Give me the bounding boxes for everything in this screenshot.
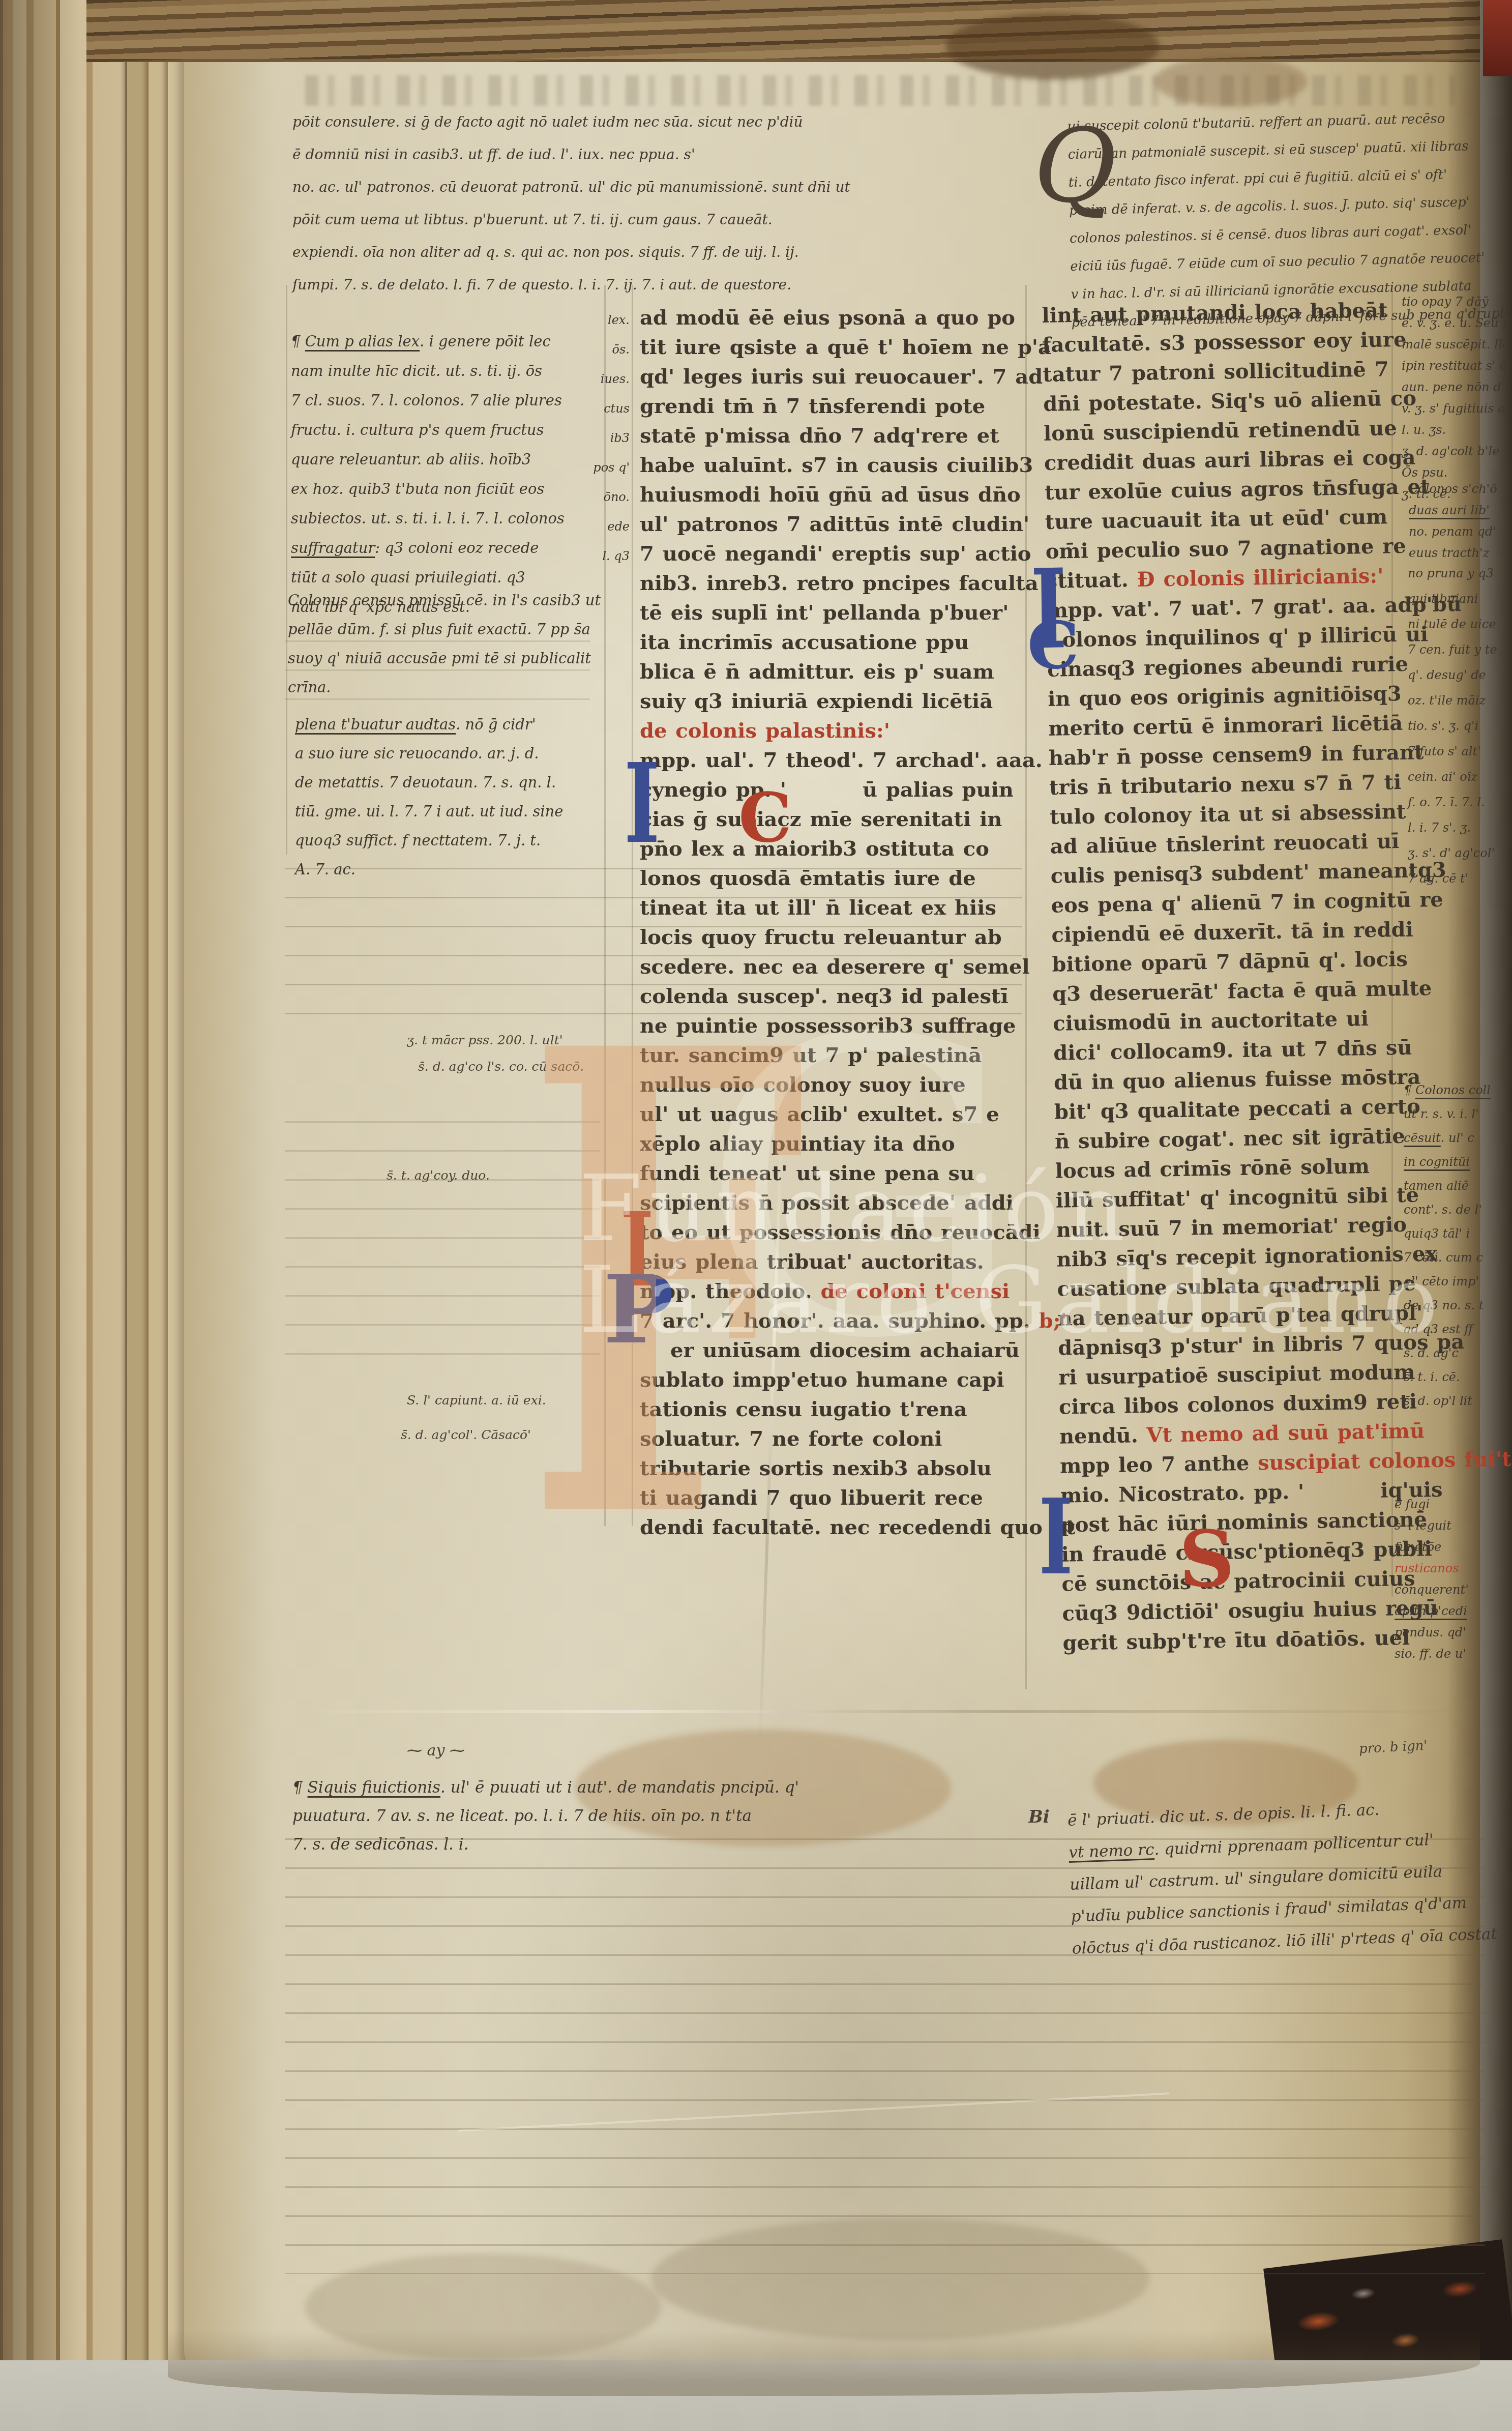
text-segment: mpp. vat'. 7 uat'. 7 grat'. aa. adp'bū [1046,592,1462,623]
horizontal-fold [285,1710,1485,1713]
gloss-fragment-column: lex.ōs.iues.ctusib3pos q'ōno.edel. q3 [574,305,630,571]
text-segment: ʒ. d. ag'colt b'le [1402,444,1499,458]
text-segment: in cognitūi [1404,1155,1470,1169]
text-line: A. 7. ac. [295,855,631,884]
text-segment: cias ḡ subiacz mīe serenitati in [640,807,1002,831]
text-segment: expiendi. oīa non aliter ad q. s. qui ac… [292,244,799,260]
text-segment: ¶ [291,333,305,350]
text-line: ul' patronos 7 adittūs intē cludin' [640,510,1026,539]
text-line: 7 futo s' alt' [1408,739,1509,764]
text-segment: tē eis suplī int' pellanda p'buer' [640,601,1009,625]
text-segment: ipin restituat s' ēl' [1402,359,1512,373]
text-line: ōs. [574,335,630,364]
text-line: pōit consulere. si ḡ de facto agit nō ua… [292,106,811,138]
text-line: s' i leguit [1395,1515,1509,1536]
text-line: blica ē n̄ admittur. eis p' suam [640,657,1026,687]
text-line: ¶ Colonos coll [1404,1078,1510,1102]
text-segment: A. 7. ac. [295,861,355,878]
text-segment: tio. s'. ʒ. q'i [1408,719,1478,733]
text-segment: rusticanos [1395,1561,1459,1575]
text-segment: Colonos coll [1415,1083,1491,1097]
text-segment: cēsuit [1404,1131,1441,1145]
text-segment: pōit consulere. si ḡ de facto agit nō ua… [292,113,803,130]
text-line: ē fugi [1395,1493,1509,1515]
text-line: pōit cum uema ut libtus. p'buerunt. ut 7… [292,203,811,236]
text-line: q'. desug' de [1408,662,1509,688]
text-line: s̄. d. op'l lit [1404,1389,1510,1413]
text-line: pendus. qd' [1395,1622,1509,1643]
text-segment: eiciū iūs fugaē. 7 eiūde cum oī suo pecu… [1070,250,1485,274]
text-segment: no. ac. ul' patronos. cū deuorat patronū… [292,179,850,195]
text-line: gerit subp't're ītu dōatiōs. uel [1062,1623,1419,1658]
stain-bottom-left [305,2253,661,2360]
text-segment: tiū. gme. ui. l. 7. 7 i aut. ut iud. sin… [295,803,563,820]
bottom-gloss-mark: ⁓ ay ⁓ [407,1742,465,1760]
text-segment: culis penisq3 subdent' maneantq3 [1050,858,1446,888]
text-line: ni tulē de uice [1408,611,1509,637]
text-line: statē p'missa dn̄o 7 adq'rere et [640,421,1026,451]
right-margin-gloss-5: ē fugis' i leguitfunetōerusticanosconque… [1395,1493,1509,1664]
text-segment: s̄. t. i. cē. [1404,1370,1460,1384]
text-segment: iues. [601,372,630,386]
text-line: a suo iure sic reuocando. ar. j. d. [295,739,631,768]
text-segment: sio. ﬀ. de u' [1395,1647,1466,1661]
text-segment: Đ colonis illiricianis:' [1137,564,1384,592]
text-segment: ē domniū nisi in casib3. ut ﬀ. de iud. l… [292,146,695,163]
text-segment: nam inulte hīc dicit. ut. s. ti. ij. ōs [291,362,542,379]
text-segment: quoq3 suffict. f necttatem. 7. j. t. [295,832,541,849]
text-segment: de metattis. 7 deuotaun. 7. s. qn. l. [295,774,556,791]
text-line: 7. s. de sedicōnas. l. i. [292,1830,1065,1859]
text-segment: Siquis fiuictionis [308,1778,440,1797]
text-segment: ui suscepit colonū t'butariū. reffert an… [1067,111,1445,134]
text-segment: mpp. ual'. 7 theod'. 7 archad'. aaa. [640,748,1043,772]
text-segment: olonos inquilinos q' p illiricū ui [1062,622,1428,652]
right-margin-gloss-1: tio opay 7 dāȳē. v. ʒ. e. u. Seū p'malē … [1402,291,1511,505]
text-line: tio opay 7 dāȳ [1402,291,1511,312]
text-segment: eos pena q' alienū 7 in cognitū re [1051,888,1443,918]
text-segment: suiy q3 iniuriā expiendi licētiā [640,689,993,713]
text-line: crīna. [288,673,634,702]
text-line: no. ac. ul' patronos. cū deuorat patronū… [292,171,811,203]
text-segment: mio. Nicostrato. pp. ' [1060,1480,1305,1508]
manuscript-photo: { "artifact": { "kind_label": "illuminat… [0,0,1512,2431]
text-segment: ē fugi [1395,1497,1430,1511]
text-line: Colonus census pmissū cē. in l's casib3 … [288,586,634,615]
text-segment: . ul' c [1441,1131,1474,1145]
text-line: ʒ. d. ag'colt b'le [1402,441,1511,462]
text-line: no. penam qd' [1409,521,1510,542]
text-segment: s̄. d. op'l lit [1404,1394,1472,1408]
text-line: funetōe [1395,1536,1509,1558]
text-segment: habe ualuīnt. s7 in causis ciuilib3 [640,453,1033,477]
text-line: duas auri lib' [1409,500,1510,521]
stain-top-right [1154,56,1307,107]
text-segment: mpp leo 7 anthe [1060,1451,1258,1478]
text-line: de colonis palastinis:' [640,716,1026,746]
text-segment: . i genere pōit lec [420,333,551,350]
text-segment: bit' q3 qualitate peccati a certo [1054,1095,1420,1124]
text-line: ōno. [574,482,630,512]
text-line: ē. v. ʒ. e. u. Seū p' [1402,312,1511,334]
text-segment: 7 ag. cē t' [1408,871,1468,886]
watermark-text-line1: Fundación [579,1156,1132,1262]
text-segment: hab'r n̄ posse censem9 in furant [1049,740,1424,770]
text-segment: tatur 7 patroni sollicitudinē 7 [1043,357,1389,387]
text-segment: lex. [608,313,630,327]
text-segment: ex hoz. quib3 t'buta non ficiūt eos [291,480,544,497]
text-line: q3 deseruerāt' facta ē quā multe [1052,974,1409,1009]
text-segment: q3 deseruerāt' facta ē quā multe [1052,976,1432,1006]
text-line: ri usurpatioē suscipiut modum [1058,1358,1415,1393]
text-segment: 7 futo s' alt' [1408,744,1481,758]
text-segment: . ul' ē puuati ut i aut'. de mandatis pn… [440,1778,799,1797]
text-line: ib3 [574,423,630,453]
left-margin-note-5: s̄. d. ag'col'. Cāsacō' [401,1427,531,1442]
text-segment: . nō ḡ cidr' [456,716,536,733]
left-gloss-block-3: plena t'buatur audtas. nō ḡ cidr'a suo i… [295,710,631,884]
text-segment: grendi tm̄ n̄ 7 tn̄sferendi pote [640,394,985,418]
text-segment: cē sunctōis ac patrocinii cuius [1061,1567,1415,1596]
text-line: ad modū ēē eius psonā a quo po [640,303,1026,333]
text-segment: qd' leges iuris sui reuocauer'. 7 ad [640,365,1043,389]
text-segment: dn̄i potestate. Siq's uō alienū co [1043,386,1416,416]
text-segment: statē p'missa dn̄o 7 adq'rere et [640,424,999,448]
text-segment: euus tracth'z [1409,546,1489,560]
text-segment: l. u. ʒs. [1402,423,1446,437]
text-segment: vt nemo rc [1069,1840,1154,1862]
text-segment: ede [607,519,630,534]
text-line: cēsuit. ul' c [1404,1126,1510,1150]
initial-I-blue-right-2: I [1039,1496,1073,1579]
text-segment: suffragatur [291,539,375,557]
text-line: 7 ag. cē t' [1408,866,1509,891]
top-page-edges [86,0,1480,62]
text-segment: pellāe dūm. f. si plus fuit exactū. 7 pp… [288,621,590,638]
text-segment: plena t'buatur audtas [295,716,456,733]
text-line: s̄. t. i. cē. [1404,1365,1510,1389]
text-segment: colonos palestinos. si ē censē. duos lib… [1070,222,1471,246]
text-line: mio. Nicostrato. pp. 'iq'uis [1060,1476,1416,1511]
text-line: cont'. s. de l' [1404,1198,1510,1222]
bottom-gloss-right: ē l' priuati. dic ut. s. de opis. li. l.… [1067,1790,1512,1965]
text-segment: in fraudē circūsc'ptionēq3 publi [1061,1537,1432,1566]
text-line: 7 uocē negandi' ereptis sup' actio [640,539,1026,569]
text-line: huiusmodi hoīū gn̄ū ad ūsus dn̄o [640,480,1026,510]
text-segment: de colonis palastinis:' [640,719,890,743]
text-line: nib3. inreb3. retro pncipes faculta [640,569,1026,598]
text-line: bit' q3 qualitate peccati a certo [1054,1092,1411,1127]
text-segment: ē. v. ʒ. e. u. Seū p' [1402,316,1512,330]
text-segment: om̄i peculio suo 7 agnatione re [1045,534,1406,564]
left-gloss-block-2: Colonus census pmissū cē. in l's casib3 … [288,586,634,702]
text-segment: ti. detentato fisco inferat. ppi cui ē f… [1069,167,1447,190]
text-segment: Vt nemo ad suū pat'imū [1146,1419,1425,1447]
text-segment: lonū suscipiendū retinendū ue [1044,416,1397,446]
left-margin-note-4: S. l' capiunt. a. iū exi. [407,1393,546,1408]
text-line: grendi tm̄ n̄ 7 tn̄sferendi pote [640,392,1026,421]
text-segment: ul' patronos 7 adittūs intē cludin' [640,512,1029,536]
text-segment: tulo colonoy ita ut si absessint [1050,800,1406,829]
text-segment: 7. s. de sedicōnas. l. i. [292,1835,469,1854]
text-segment: ita incrimīs accusatione ppu [640,630,969,654]
text-segment: ōs. [612,342,630,357]
text-segment: ¶ [1404,1083,1415,1097]
text-segment: cūq3 9dictiōi' osugiu huius regū [1062,1596,1438,1626]
text-segment: ni tulē de uice [1408,617,1496,631]
text-segment: merito certū ē inmorari licētiā [1048,711,1403,741]
text-segment: aun. pene nōn d't [1402,380,1509,394]
text-segment: tris n̄ tributario nexu s7 n̄ 7 ti [1049,770,1402,800]
text-line: ede [574,512,630,541]
bottom-gloss-left: ¶ Siquis fiuictionis. ul' ē puuati ut i … [292,1773,1065,1859]
text-segment: q'. desug' de [1408,668,1486,682]
text-line: habe ualuīnt. s7 in causis ciuilib3 [640,451,1026,480]
text-line: quiq3 tāl' i [1404,1222,1510,1246]
column-rule-left [286,285,287,855]
text-line: no pruna y q3 [1408,561,1509,586]
text-segment: ad modū ēē eius psonā a quo po [640,306,1015,330]
initial-C-red-left: C [738,792,792,845]
text-segment: post hāc iūri nominis sanctionē [1060,1507,1427,1537]
text-segment: pteim dē inferat. v. s. de agcolis. l. s… [1069,194,1470,218]
text-segment: no pruna y q3 [1408,566,1494,580]
text-line: expiendi. oīa non aliter ad q. s. qui ac… [292,236,811,269]
text-segment: ut r. s. v. i. l' [1404,1107,1479,1121]
text-segment: credidit duas auri libras ei coga [1044,445,1416,475]
text-segment: tamen aliē [1404,1179,1469,1193]
text-segment: dū in quo alienus fuisse mōstra [1054,1065,1421,1094]
right-margin-gloss-4: ¶ Colonos collut r. s. v. i. l'cēsuit. u… [1404,1078,1510,1413]
text-segment: cein. ai' oīz [1408,770,1477,784]
text-line: 7 cen. fuit y te [1408,637,1509,662]
text-segment: oz. t'ile māiz [1408,693,1486,708]
text-segment: fructu. i. cultura p's quem fructus [291,421,544,438]
ink-stain-top [946,13,1160,79]
text-segment: subiectos. ut. s. ti. i. l. i. 7. l. col… [291,510,565,527]
text-segment: quiq3 tāl' i [1404,1226,1470,1241]
text-gap [1305,1498,1381,1499]
text-segment: . quidrni pprenaam pollicentur cul' [1154,1831,1434,1859]
text-segment: ʒ. s'. d' ag'col' [1408,846,1495,860]
text-segment: in quo eos originis agnitiōisq3 [1048,682,1402,711]
text-segment: huiusmodi hoīū gn̄ū ad ūsus dn̄o [640,483,1021,507]
text-segment: circa libos colonos duxim9 reti [1059,1390,1417,1419]
text-segment: funetōe [1395,1540,1441,1554]
text-line: quoq3 suffict. f necttatem. 7. j. t. [295,826,631,855]
text-segment: pos q' [593,460,630,475]
text-segment: lonos quosdā ēmtatis iure de [640,866,976,890]
text-segment: blica ē n̄ admittur. eis p' suam [640,660,994,684]
text-line: oz. t'ile māiz [1408,688,1509,713]
text-line: ē domniū nisi in casib3. ut ﬀ. de iud. l… [292,138,811,171]
text-segment: 7 cen. fuit y te [1408,642,1497,657]
text-line: merito certū ē inmorari licētiā [1048,709,1405,744]
upper-gloss-left: pōit consulere. si ḡ de facto agit nō ua… [292,106,811,301]
text-segment: puuatura. 7 av. s. ne liceat. po. l. i. … [292,1807,752,1825]
text-segment: 7 cl. suos. 7. l. colonos. 7 alie plures [291,392,562,409]
text-segment: ciarū. an patmonialē suscepit. si eū sus… [1068,138,1468,162]
right-margin-gloss-2: Colonos s'ch'ōduas auri lib'no. penam qd… [1409,478,1510,564]
text-segment: lint aut pmutandi loca habeāt [1042,298,1388,328]
text-segment: s' i leguit [1395,1518,1451,1533]
text-segment: ture uacuauit ita ut eūd' cum [1045,505,1387,534]
text-segment: no. penam qd' [1409,524,1496,539]
text-line: in cognitūi [1404,1150,1510,1174]
text-segment: Cum p alias lex [305,333,420,350]
text-line: ʒ. s'. d' ag'col' [1408,840,1509,866]
text-segment: cinasq3 regiones abeundi rurie [1047,652,1408,682]
text-segment: 7 uocē negandi' ereptis sup' actio [640,542,1031,566]
text-segment: facultatē. s3 possessor eoy iure [1042,328,1407,357]
text-segment: ſumpi. 7. s. de delato. l. ﬁ. 7 de quest… [292,276,791,293]
left-margin-note-3: s̄. t. ag'coy. duo. [387,1168,490,1183]
text-line: ipin restituat s' ēl' [1402,355,1511,376]
text-segment: uillam ul' castrum. ul' singulare domici… [1070,1862,1443,1894]
text-segment: n̄ subire cogat'. nec sit igrātie [1055,1124,1406,1154]
text-segment: tio opay 7 dāȳ [1402,295,1489,309]
initial-I-blue-left: I [624,760,660,847]
right-margin-gloss-3: no pruna y q3qui t'buianini tulē de uice… [1408,561,1509,891]
text-segment: ¶ [292,1778,308,1797]
text-line: l. i. 7 s'. ʒ. [1408,815,1509,840]
text-line: puuatura. 7 av. s. ne liceat. po. l. i. … [292,1802,1065,1830]
text-segment: ū palias puin [863,778,1014,802]
text-line: suiy q3 iniuriā expiendi licētiā [640,687,1026,716]
text-line: facultatē. s3 possessor eoy iure [1042,325,1399,360]
text-line: ut r. s. v. i. l' [1404,1102,1510,1126]
text-line: cein. ai' oīz [1408,764,1509,789]
text-segment: Colonus census pmissū cē. in l's casib3 … [288,592,601,609]
text-segment: crīna. [288,679,331,696]
text-line: ſumpi. 7. s. de delato. l. ﬁ. 7 de quest… [292,269,811,301]
text-segment: suoy q' niuiā accusāe pmi tē si publical… [288,650,591,667]
text-line: tit iure qsiste a quē t' hoīem ne p'a [640,333,1026,362]
text-segment: tur exolūe cuius agros tn̄sfuga et [1045,475,1430,505]
text-line: tamen aliē [1404,1174,1510,1198]
text-segment: duas auri lib' [1409,503,1490,517]
text-segment: nendū. [1059,1423,1147,1449]
text-line: tiū. gme. ui. l. 7. 7 i aut. ut iud. sin… [295,797,631,826]
text-line: lonos quosdā ēmtatis iure de [640,864,1026,893]
text-segment: qui t'buiani [1408,592,1478,606]
bottom-gloss-side-mark: Bi [1028,1807,1050,1827]
text-line: plena t'buatur audtas. nō ḡ cidr' [295,710,631,739]
text-segment: dici' collocam9. ita ut 7 dn̄s sū [1053,1036,1412,1065]
text-segment: cont'. s. de l' [1404,1203,1482,1217]
text-line: f. o. 7. ī. 7. l. [1408,789,1509,815]
text-segment: gerit subp't're ītu dōatiōs. uel [1062,1626,1410,1655]
text-line: qui t'buiani [1408,586,1509,611]
text-segment: bitione oparū 7 dāpnū q'. locis [1052,947,1408,977]
text-segment: a suo iure sic reuocando. ar. j. d. [295,745,539,762]
text-line: Colonos s'ch'ō [1409,478,1510,500]
text-line: tio. s'. ʒ. q'i [1408,713,1509,739]
text-segment: cipiendū eē duxerīt. tā in reddi [1051,918,1413,947]
text-segment: pōit cum uema ut libtus. p'buerunt. ut 7… [292,211,773,228]
text-segment: l. i. 7 s'. ʒ. [1408,821,1471,835]
text-line: suoy q' niuiā accusāe pmi tē si publical… [288,644,634,673]
text-line: aun. pene nōn d't [1402,376,1511,398]
text-line: conquerent' [1395,1579,1509,1600]
text-line: credidit duas auri libras ei coga [1044,443,1401,478]
text-line: nendū. Vt nemo ad suū pat'imū [1059,1417,1416,1452]
text-segment: conquerent' [1395,1583,1469,1597]
text-segment: ciuismodū in auctoritate ui [1053,1007,1369,1036]
text-line: ctus [574,394,630,423]
text-segment: pendus. qd' [1395,1625,1466,1639]
text-line: cynegio pp. 'ū palias puin [640,775,1026,805]
text-line: cinasq3 regiones abeundi rurie [1047,650,1404,685]
text-line: l. u. ʒs. [1402,419,1511,441]
text-segment: opith p'cedi [1395,1604,1467,1618]
text-line: opith p'cedi [1395,1600,1509,1622]
text-segment: Colonos s'ch'ō [1409,482,1497,496]
text-line: malē suscēpit. lla [1402,334,1511,355]
text-segment: ri usurpatioē suscipiut modum [1058,1360,1415,1390]
text-line: sio. ﬀ. de u' [1395,1643,1509,1664]
initial-Q-gloss: Q [1033,126,1117,208]
text-segment: l. q3 [602,549,630,563]
text-line: mpp. ual'. 7 theod'. 7 archad'. aaa. [640,746,1026,775]
text-segment: suscipiat colonos fui'tos [1258,1447,1512,1475]
text-line: dici' collocam9. ita ut 7 dn̄s sū [1053,1033,1410,1068]
text-segment: ad aliūue tn̄slerint reuocati uī [1050,829,1399,859]
text-line: cias ḡ subiacz mīe serenitati in [640,805,1026,834]
text-segment: f. o. 7. ī. 7. l. [1408,795,1485,809]
text-line: lex. [574,305,630,335]
text-line: v. ʒ. s' fugitiuis a ʒ [1402,398,1511,419]
text-line: rusticanos [1395,1558,1509,1579]
text-line: de metattis. 7 deuotaun. 7. s. qn. l. [295,768,631,797]
text-segment: v. ʒ. s' fugitiuis a ʒ [1402,401,1512,416]
text-segment: ctus [604,401,630,416]
text-segment: Ōs psu. [1402,465,1447,480]
text-segment: pn̄o lex a maiorib3 ostituta co [640,837,989,861]
text-segment: ōno. [603,490,630,504]
initial-S-red-right: S [1179,1528,1235,1590]
main-text-column-right: lint aut pmutandi loca habeātfacultatē. … [1042,296,1419,1658]
text-segment: : q3 coloni eoz recede [375,539,539,557]
watermark-text-line2: Lázaro Galdiano [579,1247,1445,1354]
text-segment: quare releuantur. ab aliis. hoīb3 [291,451,531,468]
text-segment: tiūt a solo quasi priuilegiati. q3 [291,569,525,586]
text-segment: malē suscēpit. lla [1402,337,1509,352]
text-line: ¶ Siquis fiuictionis. ul' ē puuati ut i … [292,1773,1065,1802]
text-line: l. q3 [574,541,630,571]
text-line: qd' leges iuris sui reuocauer'. 7 ad [640,362,1026,392]
stain-bottom-center [651,2218,1149,2340]
text-line: ita incrimīs accusatione ppu [640,628,1026,657]
text-line: pn̄o lex a maiorib3 ostituta co [640,834,1026,864]
text-segment: nib3. inreb3. retro pncipes faculta [640,571,1039,595]
text-line: tris n̄ tributario nexu s7 n̄ 7 ti [1049,768,1406,803]
text-line: dn̄i potestate. Siq's uō alienū co [1043,384,1400,419]
text-line: iues. [574,364,630,394]
text-segment: tit iure qsiste a quē t' hoīem ne p'a [640,335,1051,359]
text-segment: ib3 [610,431,630,445]
text-line: tē eis suplī int' pellanda p'buer' [640,598,1026,628]
text-line: pellāe dūm. f. si plus fuit exactū. 7 pp… [288,615,634,644]
red-binding-top [1483,0,1512,76]
text-line: pos q' [574,453,630,482]
text-segment: ē l' priuati. dic ut. s. de opis. li. l.… [1067,1801,1380,1830]
initial-C-blue-right: C [1027,620,1079,671]
